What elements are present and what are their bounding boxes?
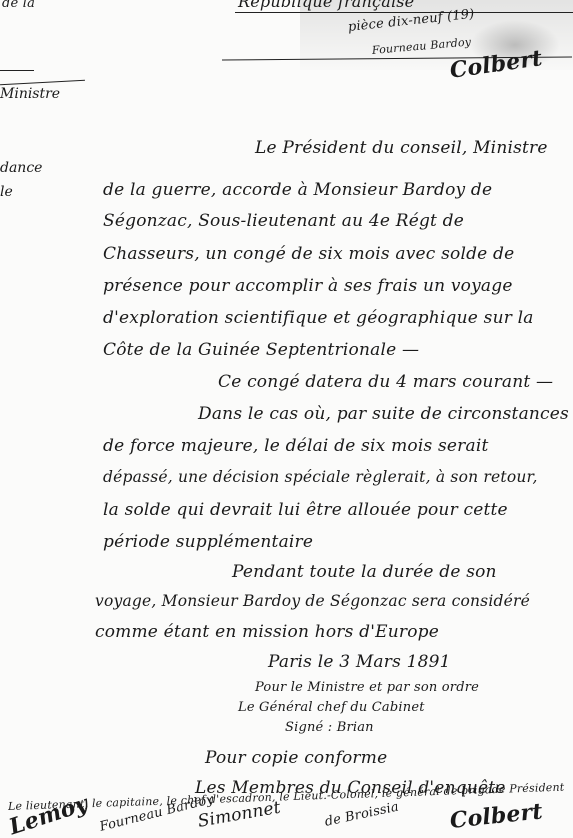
margin-fragment-le: le xyxy=(0,184,13,200)
document-page: de la République française pièce dix-neu… xyxy=(0,0,573,838)
certification-line-1: Pour copie conforme xyxy=(205,748,387,768)
margin-rule-2 xyxy=(0,80,85,85)
body-line-5: présence pour accomplir à ses frais un v… xyxy=(103,276,513,296)
body-line-11: dépassé, une décision spéciale règlerait… xyxy=(103,468,538,486)
signature-block-line-3: Signé : Brian xyxy=(285,720,374,735)
signature-block-line-1: Pour le Ministre et par son ordre xyxy=(255,680,479,695)
date-line: Paris le 3 Mars 1891 xyxy=(268,652,451,672)
body-line-3: Ségonzac, Sous-lieutenant au 4e Régt de xyxy=(103,211,464,231)
signature-de-broissia: de Broissia xyxy=(323,799,400,829)
body-line-13: période supplémentaire xyxy=(103,532,313,552)
margin-fragment-ministre: Ministre xyxy=(0,86,60,102)
header-rule xyxy=(235,12,573,13)
body-line-9: Dans le cas où, par suite de circonstanc… xyxy=(198,404,569,424)
body-line-12: la solde qui devrait lui être allouée po… xyxy=(103,500,508,520)
body-line-2: de la guerre, accorde à Monsieur Bardoy … xyxy=(103,180,492,200)
header-left-fragment: de la xyxy=(2,0,35,11)
margin-rule-1 xyxy=(0,70,34,71)
body-line-16: comme étant en mission hors d'Europe xyxy=(95,622,439,642)
body-line-8: Ce congé datera du 4 mars courant — xyxy=(218,372,553,392)
body-line-10: de force majeure, le délai de six mois s… xyxy=(103,436,489,456)
body-line-14: Pendant toute la durée de son xyxy=(232,562,497,582)
signature-block-line-2: Le Général chef du Cabinet xyxy=(238,700,425,715)
signature-colbert: Colbert xyxy=(449,798,544,834)
header-title: République française xyxy=(238,0,414,11)
body-line-4: Chasseurs, un congé de six mois avec sol… xyxy=(103,244,514,264)
body-line-7: Côte de la Guinée Septentrionale — xyxy=(103,340,419,360)
body-line-6: d'exploration scientifique et géographiq… xyxy=(103,308,534,328)
margin-fragment-dance: dance xyxy=(0,160,42,176)
body-line-1: Le Président du conseil, Ministre xyxy=(255,138,548,158)
body-line-15: voyage, Monsieur Bardoy de Ségonzac sera… xyxy=(95,592,530,610)
